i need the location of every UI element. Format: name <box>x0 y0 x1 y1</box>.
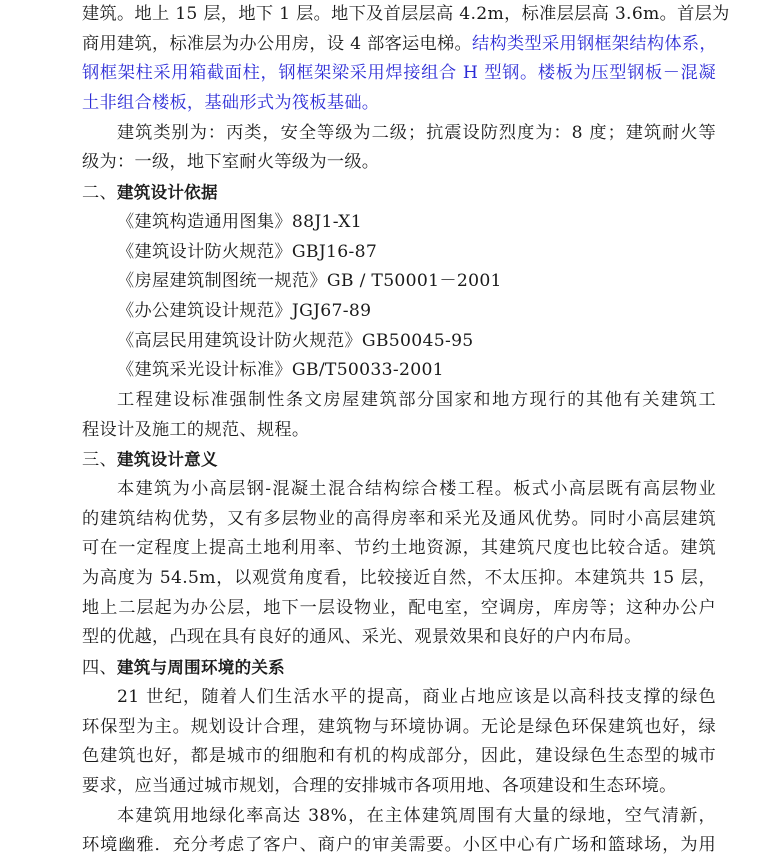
paragraph-line: 建筑。地上 15 层，地下 1 层。地下及首层层高 4.2m，标准层层高 3.6… <box>82 0 716 30</box>
reference-item: 《建筑采光设计标准》GB/T50033-2001 <box>82 356 716 386</box>
text-span: 地上二层起为办公层，地下一层设物业，配电室，空调房，库房等；这种办公户 <box>82 598 716 618</box>
paragraph-line: 色建筑也好，都是城市的细胞和有机的构成部分，因此，建设绿色生态型的城市 <box>82 742 716 772</box>
text-span: 本建筑用地绿化率高达 38%，在主体建筑周围有大量的绿地，空气清新， <box>117 806 716 826</box>
highlighted-text-span: 钢框架柱采用箱截面柱，钢框架梁采用焊接组合 H 型钢。楼板为压型钢板－混凝 <box>82 63 716 83</box>
section-number: 三、 <box>82 450 117 470</box>
text-span: 色建筑也好，都是城市的细胞和有机的构成部分，因此，建设绿色生态型的城市 <box>82 746 716 766</box>
paragraph-line: 本建筑为小高层钢-混凝土混合结构综合楼工程。板式小高层既有高层物业 <box>82 475 716 505</box>
reference-item: 《高层民用建筑设计防火规范》GB50045-95 <box>82 327 716 357</box>
text-span: 建筑。地上 15 层，地下 1 层。地下及首层层高 4.2m，标准层层高 3.6… <box>82 4 730 24</box>
text-span: 工程建设标准强制性条文房屋建筑部分国家和地方现行的其他有关建筑工 <box>117 390 716 410</box>
section-title: 建筑与周围环境的关系 <box>117 658 285 677</box>
text-span: 程设计及施工的规范、规程。 <box>82 420 309 440</box>
reference-text: 《房屋建筑制图统一规范》GB / T50001－2001 <box>117 271 502 291</box>
reference-text: 《建筑设计防火规范》GBJ16-87 <box>117 242 377 262</box>
highlighted-text-span: 结构类型采用钢框架结构体系， <box>472 34 717 54</box>
section-title: 建筑设计依据 <box>117 183 218 202</box>
highlighted-paragraph-line: 钢框架柱采用箱截面柱，钢框架梁采用焊接组合 H 型钢。楼板为压型钢板－混凝 <box>82 59 716 89</box>
text-span: 建筑类别为：丙类，安全等级为二级；抗震设防烈度为：8 度；建筑耐火等 <box>117 123 716 143</box>
classification-line: 建筑类别为：丙类，安全等级为二级；抗震设防烈度为：8 度；建筑耐火等 <box>82 119 716 149</box>
reference-text: 《建筑采光设计标准》GB/T50033-2001 <box>117 360 444 380</box>
text-span: 可在一定程度上提高土地利用率、节约土地资源，其建筑尺度也比较合适。建筑 <box>82 538 716 558</box>
section-heading-design-significance: 三、建筑设计意义 <box>82 445 716 475</box>
paragraph-line: 本建筑用地绿化率高达 38%，在主体建筑周围有大量的绿地，空气清新， <box>82 802 716 832</box>
paragraph-line: 环境幽雅．充分考虑了客户、商户的审美需要。小区中心有广场和篮球场，为用 <box>82 831 716 861</box>
reference-text: 《办公建筑设计规范》JGJ67-89 <box>117 301 371 321</box>
paragraph-line: 商用建筑，标准层为办公用房，设 4 部客运电梯。结构类型采用钢框架结构体系， <box>82 30 716 60</box>
paragraph-line: 型的优越，凸现在具有良好的通风、采光、观景效果和良好的户内布局。 <box>82 623 716 653</box>
highlighted-paragraph-line: 土非组合楼板，基础形式为筏板基础。 <box>82 89 716 119</box>
text-span: 为高度为 54.5m，以观赏角度看，比较接近自然，不太压抑。本建筑共 15 层， <box>82 568 716 588</box>
text-span: 商用建筑，标准层为办公用房，设 4 部客运电梯。 <box>82 34 472 54</box>
text-span: 的建筑结构优势，又有多层物业的高得房率和采光及通风优势。同时小高层建筑 <box>82 509 716 529</box>
reference-item: 《房屋建筑制图统一规范》GB / T50001－2001 <box>82 267 716 297</box>
section-number: 二、 <box>82 183 117 203</box>
paragraph-line: 为高度为 54.5m，以观赏角度看，比较接近自然，不太压抑。本建筑共 15 层， <box>82 564 716 594</box>
paragraph-line: 环保型为主。规划设计合理，建筑物与环境协调。无论是绿色环保建筑也好，绿 <box>82 713 716 743</box>
paragraph-line: 工程建设标准强制性条文房屋建筑部分国家和地方现行的其他有关建筑工 <box>82 386 716 416</box>
paragraph-line: 的建筑结构优势，又有多层物业的高得房率和采光及通风优势。同时小高层建筑 <box>82 505 716 535</box>
paragraph-line: 要求，应当通过城市规划，合理的安排城市各项用地、各项建设和生态环境。 <box>82 772 716 802</box>
document-page: 建筑。地上 15 层，地下 1 层。地下及首层层高 4.2m，标准层层高 3.6… <box>82 0 716 861</box>
text-span: 环境幽雅．充分考虑了客户、商户的审美需要。小区中心有广场和篮球场，为用 <box>82 835 716 855</box>
text-span: 级为：一级，地下室耐火等级为一级。 <box>82 152 379 172</box>
paragraph-line: 21 世纪，随着人们生活水平的提高，商业占地应该是以高科技支撑的绿色 <box>82 683 716 713</box>
classification-line: 级为：一级，地下室耐火等级为一级。 <box>82 148 716 178</box>
reference-item: 《办公建筑设计规范》JGJ67-89 <box>82 297 716 327</box>
text-span: 型的优越，凸现在具有良好的通风、采光、观景效果和良好的户内布局。 <box>82 627 642 647</box>
text-span: 环保型为主。规划设计合理，建筑物与环境协调。无论是绿色环保建筑也好，绿 <box>82 717 716 737</box>
paragraph-line: 程设计及施工的规范、规程。 <box>82 416 716 446</box>
reference-text: 《高层民用建筑设计防火规范》GB50045-95 <box>117 331 474 351</box>
section-heading-environment-relation: 四、建筑与周围环境的关系 <box>82 653 716 683</box>
section-heading-design-basis: 二、建筑设计依据 <box>82 178 716 208</box>
highlighted-text-span: 土非组合楼板，基础形式为筏板基础。 <box>82 93 379 113</box>
text-span: 21 世纪，随着人们生活水平的提高，商业占地应该是以高科技支撑的绿色 <box>117 687 716 707</box>
section-title: 建筑设计意义 <box>117 450 218 469</box>
reference-item: 《建筑设计防火规范》GBJ16-87 <box>82 238 716 268</box>
reference-item: 《建筑构造通用图集》88J1-X1 <box>82 208 716 238</box>
paragraph-line: 可在一定程度上提高土地利用率、节约土地资源，其建筑尺度也比较合适。建筑 <box>82 534 716 564</box>
section-number: 四、 <box>82 658 117 678</box>
text-span: 本建筑为小高层钢-混凝土混合结构综合楼工程。板式小高层既有高层物业 <box>117 479 716 499</box>
text-span: 要求，应当通过城市规划，合理的安排城市各项用地、各项建设和生态环境。 <box>82 776 677 796</box>
paragraph-line: 地上二层起为办公层，地下一层设物业，配电室，空调房，库房等；这种办公户 <box>82 594 716 624</box>
reference-text: 《建筑构造通用图集》88J1-X1 <box>117 212 362 232</box>
